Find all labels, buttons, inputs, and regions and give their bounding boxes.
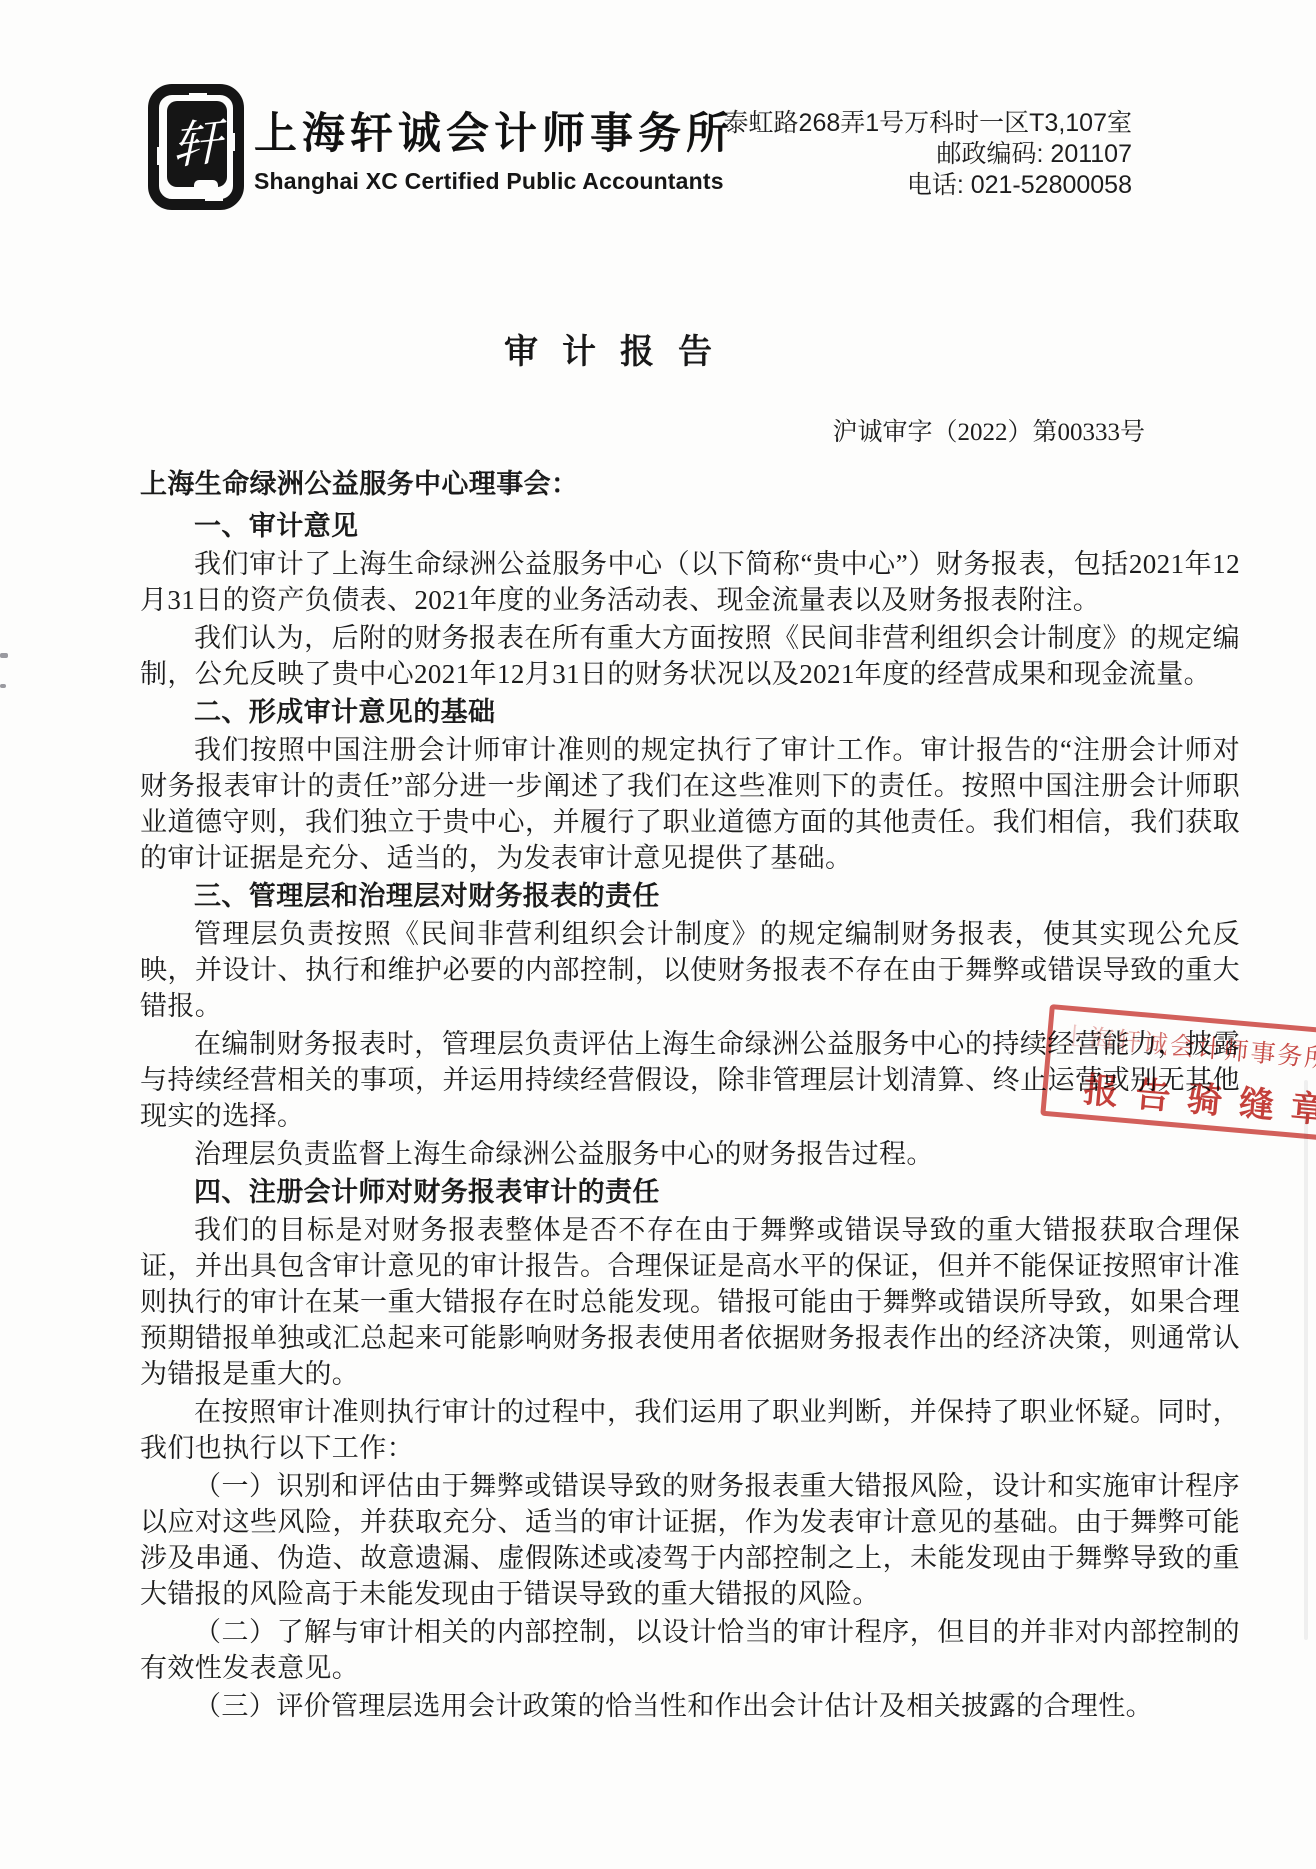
section-2-heading: 二、形成审计意见的基础 [140, 694, 1240, 730]
xuan-character-icon: 轩 [171, 116, 222, 171]
scan-speck [0, 653, 8, 658]
firm-name-en: Shanghai XC Certified Public Accountants [254, 168, 734, 195]
firm-phone: 电话: 021-52800058 [724, 170, 1132, 201]
paragraph: 我们审计了上海生命绿洲公益服务中心（以下简称“贵中心”）财务报表，包括2021年… [140, 546, 1240, 618]
firm-postal-code: 邮政编码: 201107 [724, 139, 1132, 170]
seal-glyph-block: 轩 [167, 101, 227, 187]
firm-address: 泰虹路268弄1号万科时一区T3,107室 [724, 108, 1132, 139]
section-1-heading: 一、审计意见 [140, 508, 1240, 544]
paragraph: 在按照审计准则执行审计的过程中，我们运用了职业判断，并保持了职业怀疑。同时，我们… [140, 1394, 1240, 1466]
firm-seal-logo: 轩 [148, 84, 244, 210]
paragraph: （一）识别和评估由于舞弊或错误导致的财务报表重大错报风险，设计和实施审计程序以应… [140, 1468, 1240, 1612]
section-3-heading: 三、管理层和治理层对财务报表的责任 [140, 878, 1240, 914]
paragraph: 我们的目标是对财务报表整体是否不存在由于舞弊或错误导致的重大错报获取合理保证，并… [140, 1212, 1240, 1392]
section-4-heading: 四、注册会计师对财务报表审计的责任 [140, 1174, 1240, 1210]
scan-speck [0, 684, 6, 688]
paragraph: （三）评价管理层选用会计政策的恰当性和作出会计估计及相关披露的合理性。 [140, 1688, 1240, 1724]
addressee-line: 上海生命绿洲公益服务中心理事会： [140, 466, 1240, 502]
scan-edge-shadow [1304, 1080, 1308, 1640]
paragraph: 我们认为，后附的财务报表在所有重大方面按照《民间非营利组织会计制度》的规定编制，… [140, 620, 1240, 692]
paragraph: （二）了解与审计相关的内部控制，以设计恰当的审计程序，但目的并非对内部控制的有效… [140, 1614, 1240, 1686]
document-title: 审计报告 [0, 324, 1316, 373]
paragraph: 我们按照中国注册会计师审计准则的规定执行了审计工作。审计报告的“注册会计师对财务… [140, 732, 1240, 876]
firm-name-block: 上海轩诚会计师事务所 Shanghai XC Certified Public … [254, 100, 734, 195]
firm-contact-block: 泰虹路268弄1号万科时一区T3,107室 邮政编码: 201107 电话: 0… [724, 108, 1132, 201]
reference-number: 沪诚审字（2022）第00333号 [832, 412, 1145, 448]
paragraph: 治理层负责监督上海生命绿洲公益服务中心的财务报告过程。 [140, 1136, 1240, 1172]
audit-report-page: 轩 上海轩诚会计师事务所 Shanghai XC Certified Publi… [0, 0, 1316, 1869]
firm-name-cn: 上海轩诚会计师事务所 [254, 100, 734, 161]
